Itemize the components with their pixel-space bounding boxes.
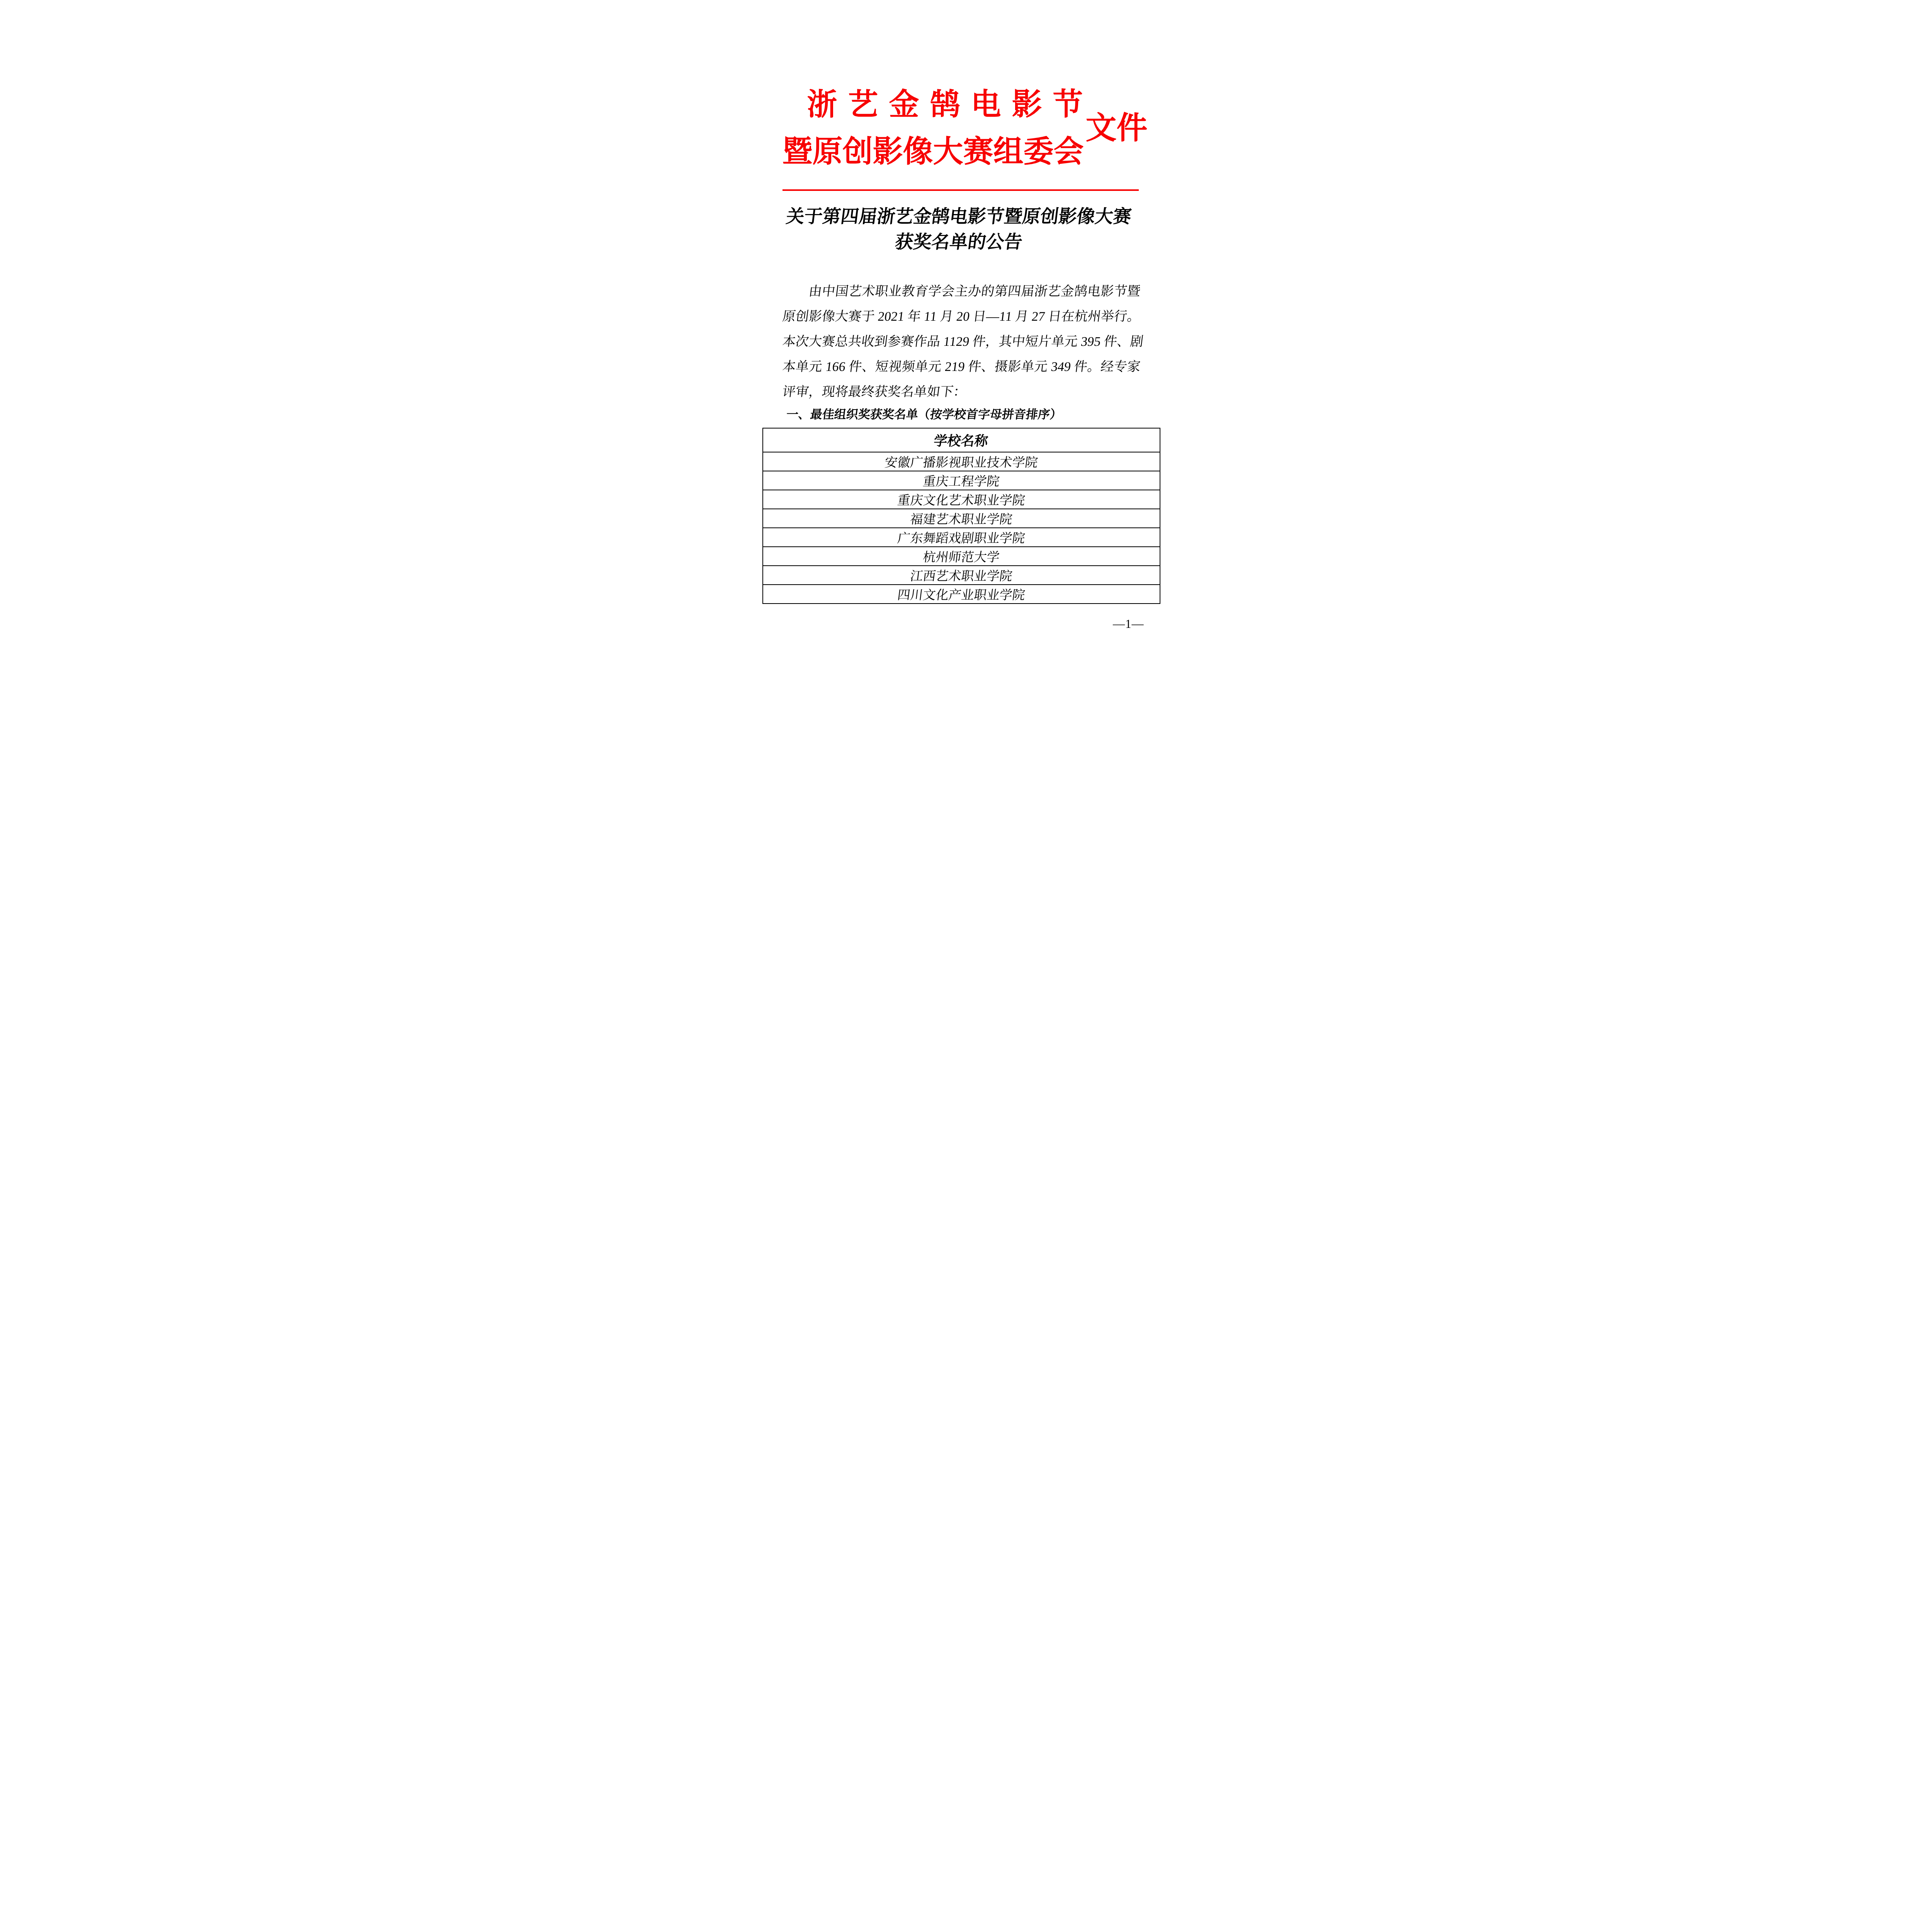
school-name-cell: 重庆文化艺术职业学院 <box>763 490 1160 509</box>
table-row: 重庆文化艺术职业学院 <box>763 490 1160 509</box>
body-paragraph-line-4: 本单元 166 件、短视频单元 219 件、摄影单元 349 件。经专家 <box>781 354 1142 379</box>
letterhead-doc-type-label: 文件 <box>1086 113 1148 144</box>
letterhead-org-line-2: 暨原创影像大赛组委会 <box>782 128 1084 175</box>
table-row: 四川文化产业职业学院 <box>763 585 1160 604</box>
school-name: 江西艺术职业学院 <box>909 566 1014 584</box>
school-name-cell: 江西艺术职业学院 <box>763 566 1160 585</box>
school-name: 杭州师范大学 <box>922 547 1001 565</box>
school-name: 福建艺术职业学院 <box>909 509 1014 527</box>
school-name-cell: 四川文化产业职业学院 <box>763 585 1160 604</box>
document-title: 关于第四届浙艺金鹄电影节暨原创影像大赛 获奖名单的公告 <box>719 204 1198 255</box>
table-header-label: 学校名称 <box>933 430 989 450</box>
school-name: 安徽广播影视职业技术学院 <box>884 452 1039 471</box>
school-name-cell: 重庆工程学院 <box>763 471 1160 490</box>
document-title-line-1: 关于第四届浙艺金鹄电影节暨原创影像大赛 <box>719 204 1198 230</box>
letterhead: 浙艺金鹄电影节 暨原创影像大赛组委会 文件 <box>782 81 1198 175</box>
school-name-cell: 福建艺术职业学院 <box>763 509 1160 528</box>
section-heading-note: （按学校首字母拼音排序） <box>917 405 1063 424</box>
table-header-row: 学校名称 <box>763 428 1160 452</box>
table-row: 福建艺术职业学院 <box>763 509 1160 528</box>
table-row: 安徽广播影视职业技术学院 <box>763 452 1160 471</box>
school-name: 重庆工程学院 <box>922 471 1001 490</box>
letterhead-org-line-1: 浙艺金鹄电影节 <box>807 81 1084 128</box>
table-row: 广东舞蹈戏剧职业学院 <box>763 528 1160 547</box>
body-paragraph-line-1: 由中国艺术职业教育学会主办的第四届浙艺金鹄电影节暨 <box>781 279 1142 304</box>
school-name-cell: 安徽广播影视职业技术学院 <box>763 452 1160 471</box>
table-header-cell: 学校名称 <box>763 428 1160 452</box>
page-number: —1— <box>1113 617 1144 631</box>
school-name: 广东舞蹈戏剧职业学院 <box>896 528 1026 546</box>
school-name-cell: 广东舞蹈戏剧职业学院 <box>763 528 1160 547</box>
school-name: 重庆文化艺术职业学院 <box>896 490 1026 509</box>
document-title-line-2: 获奖名单的公告 <box>719 230 1198 255</box>
red-divider-rule <box>782 189 1139 191</box>
section-heading: 一、最佳组织奖获奖名单（按学校首字母拼音排序） <box>786 405 1140 424</box>
section-heading-main: 一、最佳组织奖获奖名单 <box>785 405 919 424</box>
document-page: 浙艺金鹄电影节 暨原创影像大赛组委会 文件 关于第四届浙艺金鹄电影节暨原创影像大… <box>719 0 1198 678</box>
body-paragraph: 由中国艺术职业教育学会主办的第四届浙艺金鹄电影节暨 原创影像大赛于 2021 年… <box>782 279 1140 405</box>
school-name-cell: 杭州师范大学 <box>763 547 1160 566</box>
body-paragraph-line-2: 原创影像大赛于 2021 年 11 月 20 日—11 月 27 日在杭州举行。 <box>781 304 1142 329</box>
award-table: 学校名称 安徽广播影视职业技术学院 重庆工程学院 重庆文化艺术职业学院 <box>762 428 1160 604</box>
letterhead-org-block: 浙艺金鹄电影节 暨原创影像大赛组委会 <box>782 81 1084 175</box>
body-paragraph-line-3: 本次大赛总共收到参赛作品 1129 件，其中短片单元 395 件、剧 <box>781 329 1142 354</box>
table-row: 江西艺术职业学院 <box>763 566 1160 585</box>
table-row: 杭州师范大学 <box>763 547 1160 566</box>
body-paragraph-line-5: 评审，现将最终获奖名单如下： <box>781 379 1142 405</box>
table-row: 重庆工程学院 <box>763 471 1160 490</box>
school-name: 四川文化产业职业学院 <box>896 585 1026 603</box>
